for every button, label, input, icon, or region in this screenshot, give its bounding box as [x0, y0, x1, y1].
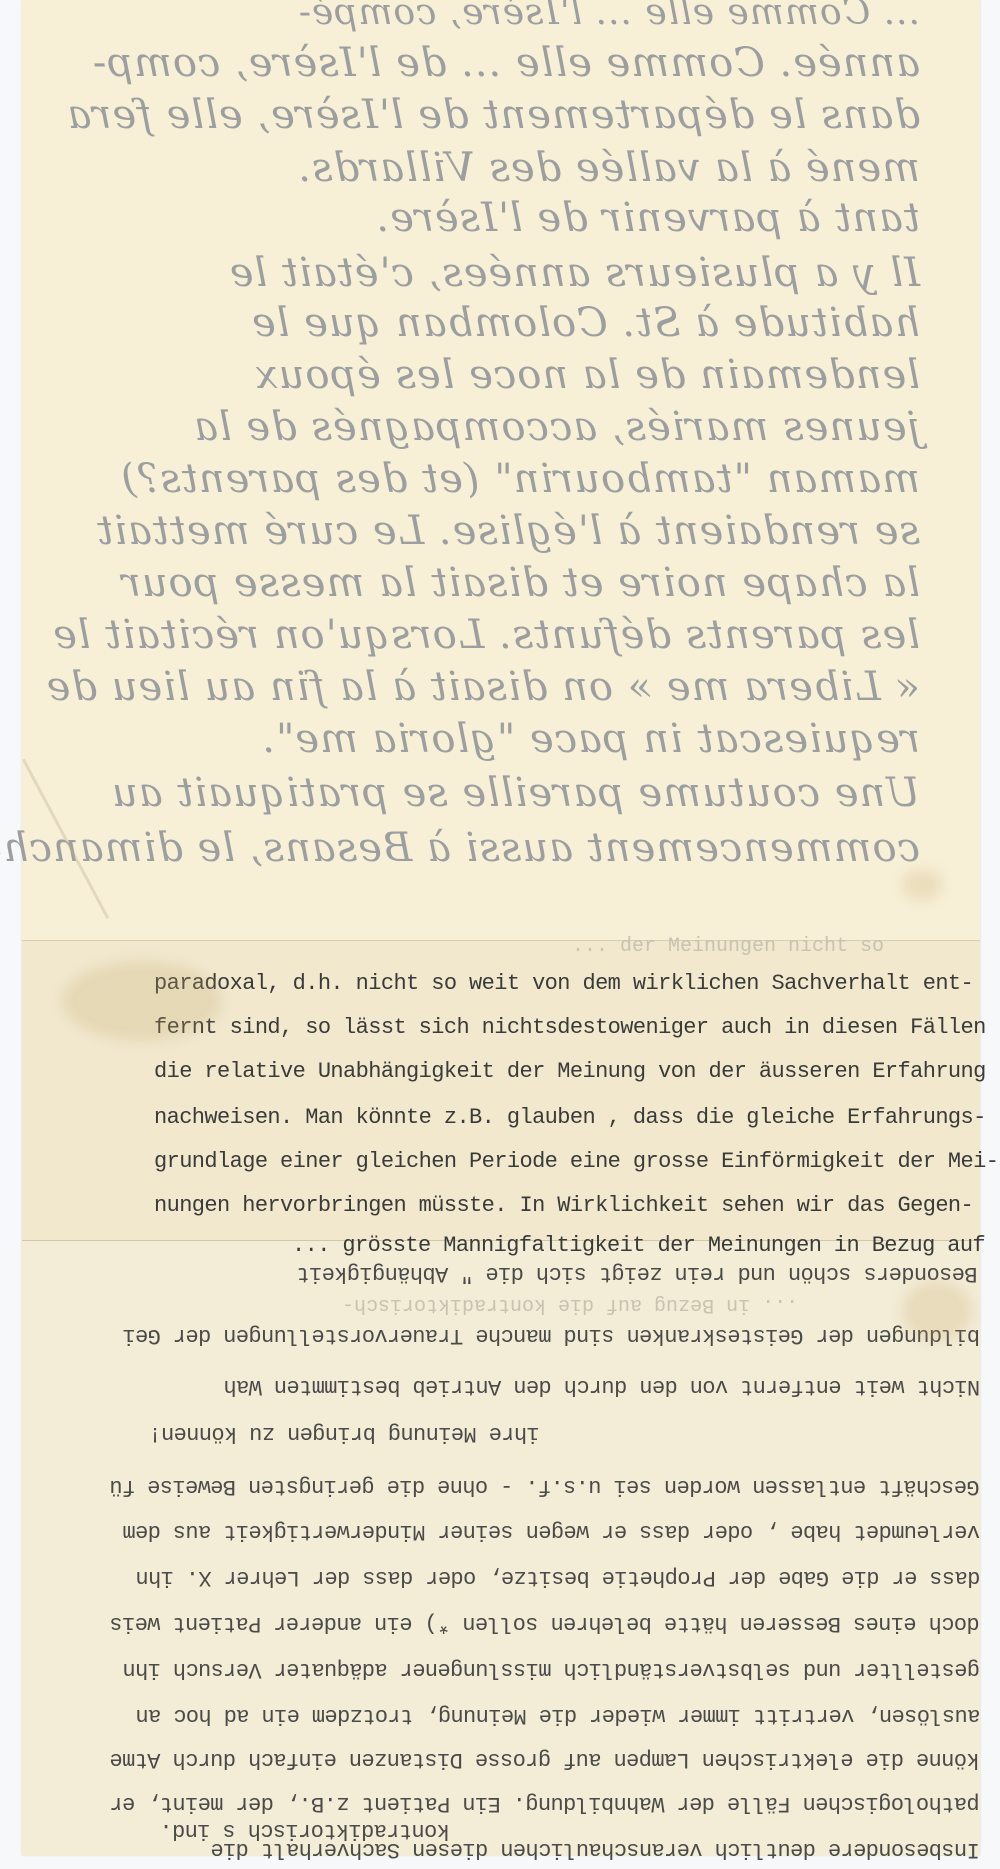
hand-line: année. Comme elle ... de l'Isère, comp-: [62, 40, 920, 86]
hand-line: « Libera me » on disait à la fin au lieu…: [62, 664, 920, 710]
type-line: ... grösste Mannigfaltigkeit der Meinung…: [292, 1233, 985, 1258]
type-line-inverted: Nicht weit entfernt von den durch den An…: [224, 1374, 980, 1399]
paper-stain: [902, 870, 942, 900]
typescript-upright-strip: ... der Meinungen nicht so paradoxal, d.…: [22, 940, 980, 1241]
hand-line: Une coutume pareille se pratiquait au: [62, 770, 920, 816]
type-line-inverted: Besonders schön und rein zeigt sich die …: [297, 1261, 978, 1286]
type-line: fernt sind, so lässt sich nichtsdestowen…: [154, 1015, 986, 1040]
hand-line: jeunes mariés, accompagnés de la: [62, 404, 920, 450]
type-line-inverted: ihre Meinung bringen zu können!: [149, 1421, 540, 1446]
hand-line: mené à la vallée des Villards.: [62, 145, 920, 191]
paper-stain: [902, 1281, 972, 1341]
hand-line: commencement aussi à Besans, le dimanche: [62, 825, 920, 871]
hand-line: requiescat in pace "gloria me".: [62, 716, 920, 762]
type-line-inverted: auslösen, vertritt immer wieder die Mein…: [136, 1703, 980, 1728]
ghost-line: ... in Bezug auf die kontradiktorisch-: [342, 1293, 798, 1316]
hand-line: les parents défunts. Lorsqu'on récitait …: [62, 612, 920, 658]
paper-stain: [62, 961, 222, 1041]
type-line-inverted: gestellter und selbstverständlich misslu…: [123, 1657, 980, 1682]
typescript-inverted-strip: ... grösste Mannigfaltigkeit der Meinung…: [22, 1240, 980, 1856]
hand-line: dans le département de l'Isère, elle fer…: [62, 92, 920, 138]
type-line-inverted: bildungen der Geisteskranken sind manche…: [123, 1323, 980, 1348]
type-line-inverted: Geschäft entlassen worden sei u.s.f. - o…: [110, 1474, 980, 1499]
type-line-inverted: verleumdet habe , oder dass er wegen sei…: [123, 1519, 980, 1544]
partial-line: ... der Meinungen nicht so: [572, 935, 884, 958]
type-line-inverted: pathologischen Fälle der Wahnbildung. Ei…: [110, 1791, 980, 1816]
type-line-inverted: könne die elektrischen Lampen auf grosse…: [110, 1747, 980, 1772]
type-line: nungen hervorbringen müsste. In Wirklich…: [154, 1193, 973, 1218]
type-line-inverted: dass er die Gabe der Prophetie besitze, …: [136, 1565, 980, 1590]
type-line: die relative Unabhängigkeit der Meinung …: [154, 1059, 986, 1084]
hand-line: ... Comme elle ... l'Isère, compé-: [62, 0, 920, 33]
hand-line: se rendaient à l'église. Le curé mettait: [62, 508, 920, 554]
type-line: grundlage einer gleichen Periode eine gr…: [154, 1149, 998, 1174]
hand-line: tant à parvenir de l'Isère.: [62, 195, 920, 241]
type-line-inverted: doch eines Besseren hätte belehren solle…: [110, 1611, 980, 1636]
type-line: nachweisen. Man könnte z.B. glauben , da…: [154, 1105, 986, 1130]
hand-line: maman "tambourin" (et des parents?): [62, 456, 920, 502]
type-line: paradoxal, d.h. nicht so weit von dem wi…: [154, 971, 973, 996]
hand-line: Il y a plusieurs années, c'était le: [62, 250, 920, 296]
type-line-inverted: kontradiktorisch s ind.: [160, 1818, 450, 1843]
hand-line: habitude à St. Colomban que le: [62, 300, 920, 346]
hand-line: la chape noire et disait la messe pour: [62, 560, 920, 606]
hand-line: lendemain de la noce les époux: [62, 352, 920, 398]
handwritten-letter: ... Comme elle ... l'Isère, compé- année…: [22, 0, 980, 940]
